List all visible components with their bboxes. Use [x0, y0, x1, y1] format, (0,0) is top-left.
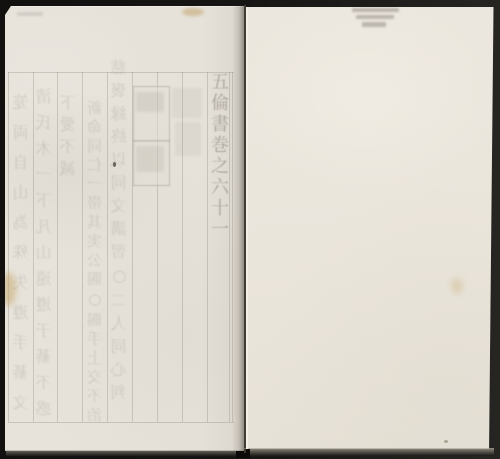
library-stamp	[362, 22, 386, 27]
showthrough-column: 慈褒縁終以同文講習○二人同心判	[108, 58, 132, 408]
ink-speck	[444, 440, 448, 443]
foxing-spot	[1, 272, 16, 306]
column-rule	[8, 72, 9, 422]
right-page	[246, 7, 494, 449]
showthrough-column: 笼両自山為殊失遵手綦文	[10, 90, 34, 428]
ink-smudge	[172, 88, 202, 118]
ink-speck	[113, 162, 116, 167]
fold-shadow	[232, 6, 244, 451]
library-stamp	[352, 8, 399, 12]
foxing-spot	[182, 8, 204, 16]
pencil-mark	[17, 12, 43, 16]
ink-smudge	[136, 92, 164, 112]
foxing-spot	[451, 278, 463, 294]
volume-title-column: 五倫書巻之六十一	[205, 66, 231, 246]
page-edge-highlight	[246, 7, 248, 449]
left-page: 五倫書巻之六十一 慈褒縁終以同文講習○二人同心判 新命同仁一帯其実公賜○賜手上交…	[5, 6, 244, 451]
book-scan: 五倫書巻之六十一 慈褒縁終以同文講習○二人同心判 新命同仁一帯其実公賜○賜手上交…	[0, 0, 500, 459]
library-stamp	[356, 15, 394, 19]
ink-smudge	[136, 146, 164, 172]
showthrough-column: 清氏木一下凡山遠遵于綦不惑	[33, 86, 57, 428]
showthrough-column: 下愛不减	[57, 92, 81, 184]
ink-smudge	[175, 122, 201, 156]
showthrough-column: 新命同仁一帯其実公賜○賜手上交不治	[83, 98, 107, 428]
